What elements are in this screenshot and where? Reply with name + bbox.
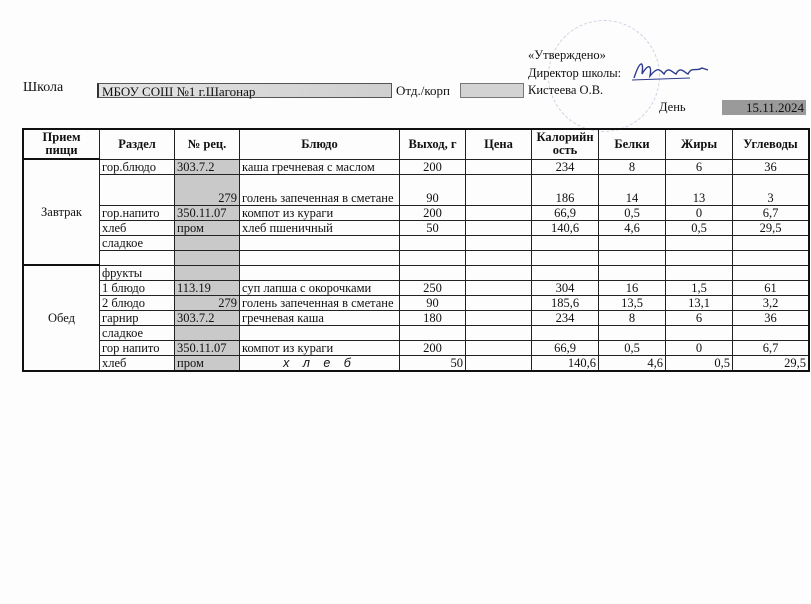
protein-cell[interactable]: 0,5 [599,340,666,355]
price-cell[interactable] [466,235,532,250]
yield-cell[interactable]: 200 [400,340,466,355]
price-cell[interactable] [466,310,532,325]
yield-cell[interactable]: 200 [400,159,466,174]
carbs-cell[interactable] [733,325,810,340]
kcal-cell[interactable]: 140,6 [532,220,599,235]
recipe-cell[interactable] [175,265,240,280]
protein-cell[interactable] [599,250,666,265]
col-meal: Прием пищи [23,129,100,159]
col-kcal: Калорийн ость [532,129,599,159]
carbs-cell[interactable]: 3,2 [733,295,810,310]
kcal-cell[interactable]: 66,9 [532,205,599,220]
col-dish: Блюдо [240,129,400,159]
table-row: гор.напито350.11.07компот из кураги20066… [23,205,809,220]
col-price: Цена [466,129,532,159]
fat-cell[interactable]: 6 [666,159,733,174]
fat-cell[interactable]: 0 [666,340,733,355]
table-row: гарнир303.7.2гречневая каша1802348636 [23,310,809,325]
yield-cell[interactable] [400,325,466,340]
recipe-cell[interactable]: пром [175,355,240,371]
dish-cell[interactable] [240,325,400,340]
col-recipe: № рец. [175,129,240,159]
fat-cell[interactable] [666,265,733,280]
yield-cell[interactable]: 200 [400,205,466,220]
recipe-cell[interactable]: 113.19 [175,280,240,295]
yield-cell[interactable]: 90 [400,174,466,205]
table-row: Обедфрукты [23,265,809,280]
section-cell[interactable]: гарнир [100,310,175,325]
dish-cell[interactable] [240,250,400,265]
price-cell[interactable] [466,355,532,371]
col-yield: Выход, г [400,129,466,159]
approved-label: «Утверждено» [528,48,606,63]
section-cell[interactable] [100,174,175,205]
yield-cell[interactable]: 50 [400,220,466,235]
fat-cell[interactable]: 0,5 [666,220,733,235]
table-row: гор напито350.11.07компот из кураги20066… [23,340,809,355]
recipe-cell[interactable] [175,325,240,340]
carbs-cell[interactable] [733,250,810,265]
menu-table: Прием пищи Раздел № рец. Блюдо Выход, г … [22,128,810,372]
kcal-cell[interactable] [532,235,599,250]
price-cell[interactable] [466,174,532,205]
price-cell[interactable] [466,265,532,280]
carbs-cell[interactable]: 61 [733,280,810,295]
breakfast-label: Завтрак [23,159,100,265]
section-cell[interactable]: сладкое [100,235,175,250]
fat-cell[interactable]: 13 [666,174,733,205]
protein-cell[interactable]: 14 [599,174,666,205]
recipe-cell[interactable]: 350.11.07 [175,205,240,220]
price-cell[interactable] [466,159,532,174]
carbs-cell[interactable]: 6,7 [733,205,810,220]
yield-cell[interactable]: 90 [400,295,466,310]
fat-cell[interactable]: 0 [666,205,733,220]
recipe-cell[interactable] [175,250,240,265]
section-cell[interactable]: сладкое [100,325,175,340]
fat-cell[interactable]: 1,5 [666,280,733,295]
fat-cell[interactable]: 0,5 [666,355,733,371]
section-cell[interactable]: гор напито [100,340,175,355]
carbs-cell[interactable]: 6,7 [733,340,810,355]
carbs-cell[interactable]: 36 [733,159,810,174]
section-cell[interactable]: гор.напито [100,205,175,220]
protein-cell[interactable] [599,325,666,340]
school-label: Школа [23,80,63,96]
protein-cell[interactable] [599,235,666,250]
table-row: 279голень запеченная в сметане9018614133 [23,174,809,205]
recipe-cell[interactable]: 279 [175,295,240,310]
kcal-cell[interactable] [532,265,599,280]
kcal-cell[interactable]: 304 [532,280,599,295]
table-row: 2 блюдо279голень запеченная в сметане901… [23,295,809,310]
day-label: День [659,100,686,115]
table-row: сладкое [23,235,809,250]
fat-cell[interactable] [666,325,733,340]
dish-cell[interactable]: х л е б [240,355,400,371]
dish-cell[interactable]: компот из кураги [240,205,400,220]
yield-cell[interactable] [400,265,466,280]
yield-cell[interactable] [400,235,466,250]
lunch-label: Обед [23,265,100,371]
recipe-cell[interactable]: 279 [175,174,240,205]
protein-cell[interactable] [599,265,666,280]
signature-icon [630,58,710,82]
carbs-cell[interactable]: 3 [733,174,810,205]
col-fat: Жиры [666,129,733,159]
col-section: Раздел [100,129,175,159]
fat-cell[interactable]: 13,1 [666,295,733,310]
yield-cell[interactable]: 50 [400,355,466,371]
dish-cell[interactable] [240,265,400,280]
carbs-cell[interactable] [733,265,810,280]
protein-cell[interactable]: 0,5 [599,205,666,220]
section-cell[interactable] [100,250,175,265]
kcal-cell[interactable]: 140,6 [532,355,599,371]
section-cell[interactable]: хлеб [100,355,175,371]
dish-cell[interactable]: компот из кураги [240,340,400,355]
kcal-cell[interactable]: 186 [532,174,599,205]
col-carbs: Углеводы [733,129,810,159]
protein-cell[interactable]: 4,6 [599,355,666,371]
dept-field[interactable] [460,83,524,98]
price-cell[interactable] [466,295,532,310]
price-cell[interactable] [466,220,532,235]
section-cell[interactable]: гор.блюдо [100,159,175,174]
dish-cell[interactable]: голень запеченная в сметане [240,174,400,205]
col-protein: Белки [599,129,666,159]
dept-label: Отд./корп [396,83,450,99]
kcal-cell[interactable] [532,250,599,265]
recipe-cell[interactable]: 350.11.07 [175,340,240,355]
kcal-cell[interactable]: 66,9 [532,340,599,355]
price-cell[interactable] [466,340,532,355]
yield-cell[interactable] [400,250,466,265]
section-cell[interactable]: 1 блюдо [100,280,175,295]
kcal-cell[interactable]: 234 [532,310,599,325]
price-cell[interactable] [466,325,532,340]
dish-cell[interactable]: гречневая каша [240,310,400,325]
recipe-cell[interactable]: 303.7.2 [175,159,240,174]
fat-cell[interactable]: 6 [666,310,733,325]
dish-cell[interactable] [240,235,400,250]
dish-cell[interactable]: суп лапша с окорочками [240,280,400,295]
table-row: хлебпромх л е б50140,64,60,529,5 [23,355,809,371]
dish-cell[interactable]: каша гречневая с маслом [240,159,400,174]
carbs-cell[interactable]: 36 [733,310,810,325]
table-row: сладкое [23,325,809,340]
price-cell[interactable] [466,205,532,220]
yield-cell[interactable]: 180 [400,310,466,325]
kcal-cell[interactable] [532,325,599,340]
carbs-cell[interactable] [733,235,810,250]
table-row: 1 блюдо113.19суп лапша с окорочками25030… [23,280,809,295]
table-header-row: Прием пищи Раздел № рец. Блюдо Выход, г … [23,129,809,159]
price-cell[interactable] [466,280,532,295]
section-cell[interactable]: 2 блюдо [100,295,175,310]
yield-cell[interactable]: 250 [400,280,466,295]
kcal-cell[interactable]: 185,6 [532,295,599,310]
fat-cell[interactable] [666,235,733,250]
dish-cell[interactable]: голень запеченная в сметане [240,295,400,310]
protein-cell[interactable]: 13,5 [599,295,666,310]
recipe-cell[interactable]: 303.7.2 [175,310,240,325]
carbs-cell[interactable]: 29,5 [733,355,810,371]
section-cell[interactable]: фрукты [100,265,175,280]
price-cell[interactable] [466,250,532,265]
protein-cell[interactable]: 4,6 [599,220,666,235]
table-row: Завтракгор.блюдо303.7.2каша гречневая с … [23,159,809,174]
protein-cell[interactable]: 8 [599,310,666,325]
dish-cell[interactable]: хлеб пшеничный [240,220,400,235]
fat-cell[interactable] [666,250,733,265]
recipe-cell[interactable]: пром [175,220,240,235]
school-name-field[interactable]: МБОУ СОШ №1 г.Шагонар [97,83,392,98]
protein-cell[interactable]: 8 [599,159,666,174]
section-cell[interactable]: хлеб [100,220,175,235]
table-row: хлебпромхлеб пшеничный50140,64,60,529,5 [23,220,809,235]
director-label: Директор школы: [528,66,621,81]
kcal-cell[interactable]: 234 [532,159,599,174]
protein-cell[interactable]: 16 [599,280,666,295]
carbs-cell[interactable]: 29,5 [733,220,810,235]
recipe-cell[interactable] [175,235,240,250]
director-name: Кистеева О.В. [528,83,603,98]
date-field[interactable]: 15.11.2024 [722,100,806,115]
table-row [23,250,809,265]
